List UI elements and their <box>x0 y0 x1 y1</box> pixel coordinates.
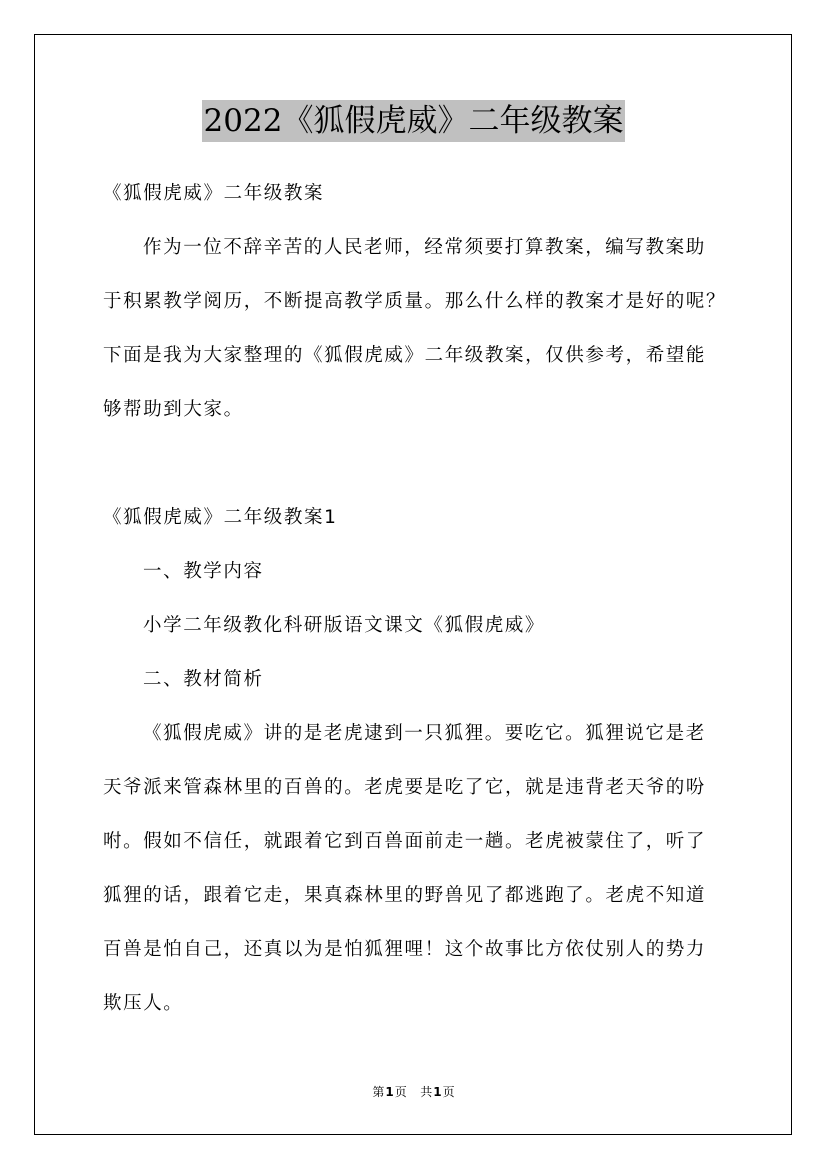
intro-line-1: 作为一位不辞辛苦的人民老师，经常须要打算教案，编写教案助 <box>143 236 706 260</box>
analysis-line-1: 《狐假虎威》讲的是老虎逮到一只狐狸。要吃它。狐狸说它是老 <box>143 722 706 746</box>
page-total: 1 <box>433 1085 441 1099</box>
heading-teaching-content: 一、教学内容 <box>143 560 264 584</box>
analysis-line-5: 百兽是怕自己，还真以为是怕狐狸哩！这个故事比方依仗别人的势力 <box>103 938 706 962</box>
analysis-line-3: 咐。假如不信任，就跟着它到百兽面前走一趟。老虎被蒙住了，听了 <box>103 830 706 854</box>
intro-line-4: 够帮助到大家。 <box>103 398 244 422</box>
total-prefix: 共 <box>420 1085 432 1099</box>
title-container: 2022《狐假虎威》二年级教案 <box>0 100 827 142</box>
intro-line-2: 于积累教学阅历，不断提高教学质量。那么什么样的教案才是好的呢？ <box>103 290 726 314</box>
page-suffix: 页 <box>395 1085 407 1099</box>
document-subtitle: 《狐假虎威》二年级教案 <box>103 182 324 206</box>
section-title: 《狐假虎威》二年级教案1 <box>103 506 337 530</box>
total-suffix: 页 <box>443 1085 455 1099</box>
analysis-line-4: 狐狸的话，跟着它走，果真森林里的野兽见了都逃跑了。老虎不知道 <box>103 884 706 908</box>
page-current: 1 <box>385 1085 393 1099</box>
document-title: 2022《狐假虎威》二年级教案 <box>202 100 626 142</box>
analysis-line-2: 天爷派来管森林里的百兽的。老虎要是吃了它，就是违背老天爷的吩 <box>103 776 706 800</box>
intro-line-3: 下面是我为大家整理的《狐假虎威》二年级教案，仅供参考，希望能 <box>103 344 706 368</box>
analysis-line-6: 欺压人。 <box>103 992 183 1016</box>
heading-material-analysis: 二、教材简析 <box>143 668 264 692</box>
page-footer: 第1页 共1页 <box>0 1084 827 1100</box>
teaching-content-text: 小学二年级教化科研版语文课文《狐假虎威》 <box>143 614 545 638</box>
page-prefix: 第 <box>372 1085 384 1099</box>
